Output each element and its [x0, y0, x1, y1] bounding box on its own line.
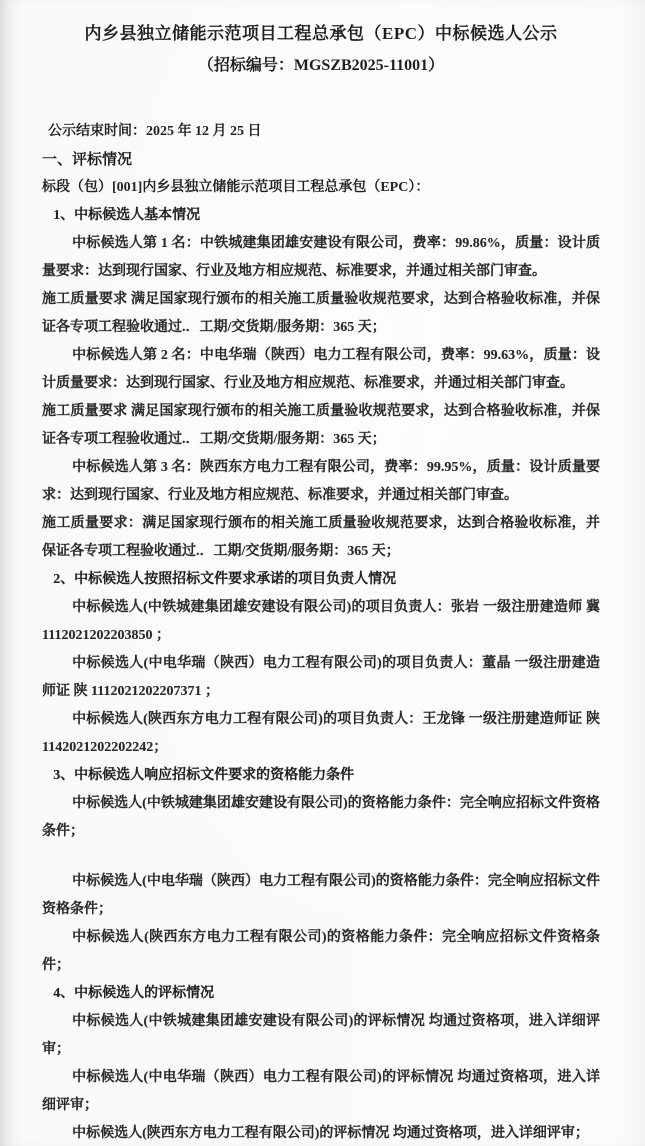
- numbered-heading: 2、中标候选人按照招标文件要求承诺的项目负责人情况: [42, 566, 600, 594]
- paragraph: 施工质量要求 满足国家现行颁布的相关施工质量验收规范要求，达到合格验收标准，并保…: [42, 286, 600, 342]
- paragraph: 中标候选人(中电华瑞（陕西）电力工程有限公司)的资格能力条件：完全响应招标文件资…: [42, 868, 600, 924]
- paragraph: 中标候选人(中铁城建集团雄安建设有限公司)的资格能力条件：完全响应招标文件资格条…: [42, 790, 600, 846]
- bid-number-line: （招标编号：MGSZB2025-11001）: [42, 52, 600, 80]
- paragraph-spacer: [42, 846, 600, 868]
- paragraph: 施工质量要求 满足国家现行颁布的相关施工质量验收规范要求，达到合格验收标准，并保…: [42, 398, 600, 454]
- document-body: 1、中标候选人基本情况中标候选人第 1 名：中铁城建集团雄安建设有限公司，费率：…: [42, 202, 600, 1146]
- numbered-heading: 3、中标候选人响应招标文件要求的资格能力条件: [42, 762, 600, 790]
- paragraph: 中标候选人(陕西东方电力工程有限公司)的资格能力条件：完全响应招标文件资格条件；: [42, 924, 600, 980]
- paragraph: 中标候选人(陕西东方电力工程有限公司)的评标情况 均通过资格项，进入详细评审；: [42, 1120, 600, 1146]
- publicity-end-time: 公示结束时间：2025 年 12 月 25 日: [42, 118, 600, 146]
- numbered-heading: 4、中标候选人的评标情况: [42, 980, 600, 1008]
- paragraph: 中标候选人(中铁城建集团雄安建设有限公司)的评标情况 均通过资格项，进入详细评审…: [42, 1008, 600, 1064]
- paragraph: 施工质量要求：满足国家现行颁布的相关施工质量验收规范要求，达到合格验收标准，并保…: [42, 510, 600, 566]
- lot-line: 标段（包）[001]内乡县独立储能示范项目工程总承包（EPC）：: [42, 174, 600, 202]
- section-heading-evaluation: 一、评标情况: [42, 146, 600, 174]
- document-page: 内乡县独立储能示范项目工程总承包（EPC）中标候选人公示 （招标编号：MGSZB…: [0, 0, 645, 1146]
- paragraph: 中标候选人第 2 名：中电华瑞（陕西）电力工程有限公司，费率：99.63%，质量…: [42, 342, 600, 398]
- paragraph: 中标候选人(中电华瑞（陕西）电力工程有限公司)的项目负责人：董晶 一级注册建造师…: [42, 650, 600, 706]
- numbered-heading: 1、中标候选人基本情况: [42, 202, 600, 230]
- paragraph: 中标候选人(中电华瑞（陕西）电力工程有限公司)的评标情况 均通过资格项，进入详细…: [42, 1064, 600, 1120]
- paragraph: 中标候选人第 1 名：中铁城建集团雄安建设有限公司，费率：99.86%，质量：设…: [42, 230, 600, 286]
- paragraph: 中标候选人(陕西东方电力工程有限公司)的项目负责人：王龙锋 一级注册建造师证 陕…: [42, 706, 600, 762]
- document-title: 内乡县独立储能示范项目工程总承包（EPC）中标候选人公示: [42, 20, 600, 48]
- paragraph: 中标候选人第 3 名：陕西东方电力工程有限公司，费率：99.95%，质量：设计质…: [42, 454, 600, 510]
- paragraph: 中标候选人(中铁城建集团雄安建设有限公司)的项目负责人：张岩 一级注册建造师 冀…: [42, 594, 600, 650]
